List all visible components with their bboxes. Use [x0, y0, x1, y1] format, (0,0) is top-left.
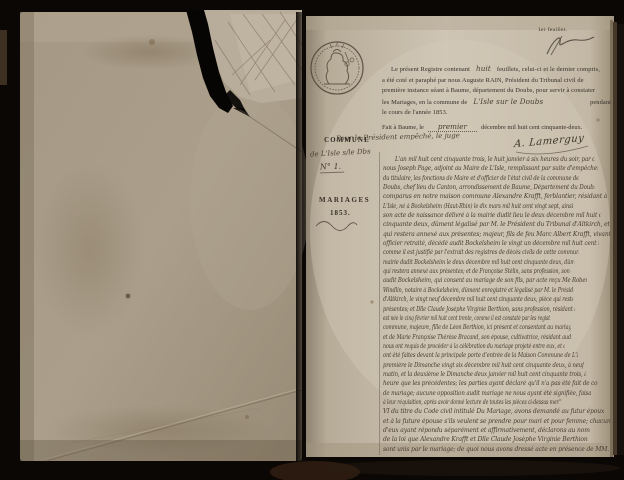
act-line: commune, majeure, fille de Léon Berthion… — [383, 323, 571, 332]
act-line: sont unis par le mariage; de quoi nous a… — [383, 445, 611, 454]
act-line: d'Altkirch, le vingt neuf décembre mil h… — [383, 295, 573, 304]
register-statement: Le présent Registre contenanthuitfeuille… — [382, 64, 611, 119]
act-line: comme il est justifié par l'extrait des … — [383, 248, 578, 257]
dated-at-baume-line: Fait à Baume, lepremierdécembre mil huit… — [382, 122, 611, 132]
mariages-heading: MARIAGES — [319, 196, 370, 204]
statement-line: le cours de l'année 1853. — [382, 108, 611, 119]
mariages-year: 1853. — [330, 209, 351, 217]
act-line: est née le cinq février mil huit cent tr… — [383, 314, 550, 323]
act-line: Windlin, notaire à Bockelsheim, dûment e… — [383, 286, 573, 295]
act-line: L'an mil huit cent cinquante trois, le h… — [383, 155, 594, 164]
act-line: première le Dimanche vingt six décembre … — [383, 361, 584, 370]
fait-text: Fait à Baume, le — [382, 124, 424, 131]
commune-name-handwritten: L'Isle sur le Doubs — [473, 97, 543, 108]
act-line: matin, et la deuxième le Dimanche deux j… — [383, 370, 586, 379]
act-line: heure que les précédentes; les parties a… — [383, 379, 598, 388]
binding-sliver — [0, 30, 7, 85]
act-line: à leur réquisition, après avoir donné le… — [383, 398, 559, 407]
act-line: nous Joseph Page, adjoint au Maire de L'… — [383, 164, 598, 173]
act-line: Doubs, chef lieu du Canton, arrondisseme… — [383, 183, 594, 192]
margin-rule-line — [379, 152, 380, 455]
act-line: du titulaire, les fonctions de Maire et … — [383, 174, 578, 183]
date-handwritten: premier — [428, 122, 477, 132]
act-line: nous ont requis de procéder à la célébra… — [383, 342, 565, 351]
act-line: audit Bockelsheim, qui consent au mariag… — [383, 276, 587, 285]
statement-line: a été coté et paraphé par nous Auguste R… — [382, 76, 611, 87]
scanned-register-spread: { "folio": { "label": "1er feuillet." },… — [0, 0, 624, 480]
page-block-edge — [610, 20, 624, 457]
folio-label: 1er feuillet. — [538, 27, 567, 33]
act-line: de mariage; aucune opposition audit mari… — [383, 389, 591, 398]
bottom-shadow — [320, 460, 620, 476]
act-line: et de Marie Françoise Thérèse Bracand, s… — [383, 333, 571, 342]
statement-line: première instance séant à Baume, départe… — [382, 86, 611, 97]
statement-line: Le présent Registre contenanthuitfeuille… — [382, 64, 611, 76]
act-line: qui restera annexé aux présentes; majeur… — [383, 230, 610, 239]
act-number: N° 1. — [320, 162, 345, 174]
act-line: son acte de naissance délivré à la mairi… — [383, 211, 601, 220]
act-line: qui restera annexé aux présentes; et de … — [383, 267, 571, 276]
act-line: d'eux ayant répondu séparément et affirm… — [383, 426, 611, 435]
statement-text: pendant — [590, 98, 611, 109]
act-line: cinquante deux, dûment légalisé par M. l… — [383, 220, 611, 229]
act-line: et à la future épouse s'ils veulent se p… — [383, 417, 610, 426]
feuillets-count-handwritten: huit — [476, 64, 491, 75]
fait-text: décembre mil huit cent cinquante-deux. — [481, 124, 582, 131]
act-line: présentes; et Dlle Claude Josèphe Virgin… — [383, 305, 575, 314]
act-body: L'an mil huit cent cinquante trois, le h… — [383, 155, 611, 454]
statement-text: feuillets, celui-ci et le dernier compri… — [497, 65, 600, 76]
statement-text: Le présent Registre contenant — [391, 65, 470, 76]
act-line: ont été faites devant la principale port… — [383, 351, 578, 360]
statement-line: les Mariages, en la commune deL'Isle sur… — [382, 97, 611, 109]
act-line: officier retraité, décédé audit Bockelsh… — [383, 239, 599, 248]
act-line: de la loi que Alexandre Krafft et Dlle C… — [383, 435, 611, 444]
act-line: L'Isle, né à Bockelsheim (Haut-Rhin) le … — [383, 202, 575, 211]
act-line: comparus en notre maison commune Alexand… — [383, 192, 611, 201]
act-line: mairie dudit Bockelsheim le deux décembr… — [383, 258, 574, 267]
statement-text: les Mariages, en la commune de — [382, 98, 467, 109]
act-line: VI du titre du Code civil intitulé Du Ma… — [383, 407, 611, 416]
